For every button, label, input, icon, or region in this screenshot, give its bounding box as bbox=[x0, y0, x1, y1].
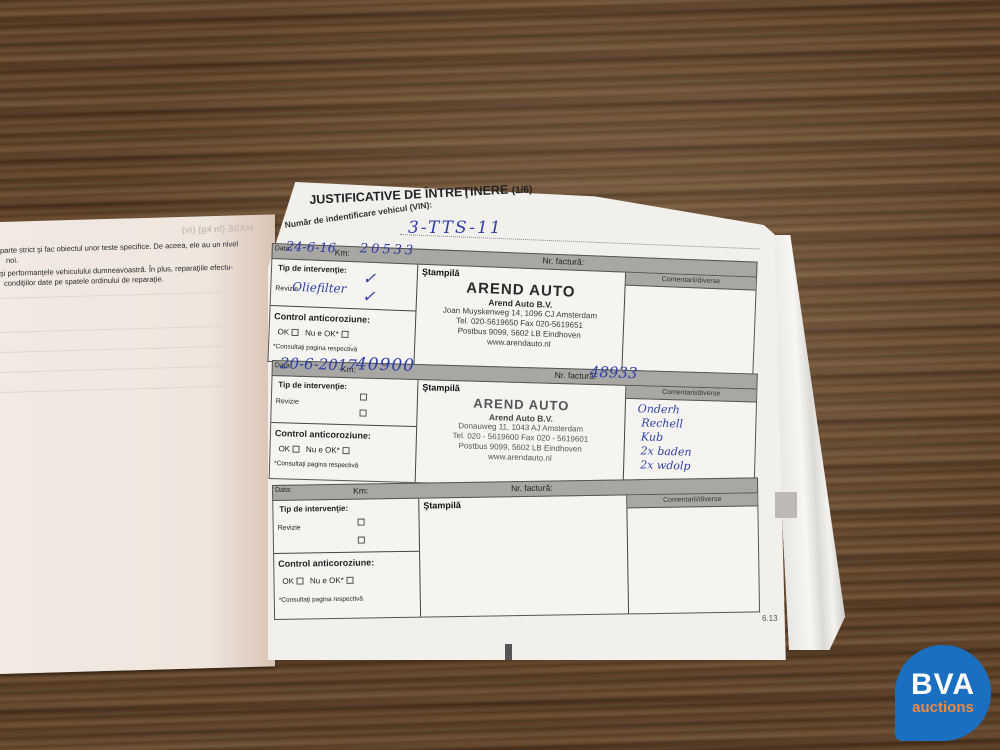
ghost-rule bbox=[0, 365, 245, 373]
handwritten-date: 24-6-16 bbox=[286, 240, 337, 257]
comments-column: Comentarii/diverse Onderh Rechell Kub 2x… bbox=[624, 386, 757, 492]
handwritten-comment: Onderh bbox=[638, 402, 680, 417]
comments-column: Comentarii/diverse bbox=[622, 273, 756, 380]
vin-handwritten: 3-TTS-11 bbox=[408, 218, 503, 238]
handwritten-comment: Rechell bbox=[641, 416, 683, 430]
left-page-line: parte strict şi fac obiectul unor teste … bbox=[0, 239, 238, 255]
section-tab-marker bbox=[775, 492, 797, 518]
dealer-stamp: AREND AUTO Arend Auto B.V. Donauweg 11, … bbox=[416, 394, 625, 466]
checkbox-ok[interactable] bbox=[292, 446, 299, 453]
checkbox-other[interactable] bbox=[359, 410, 366, 417]
checkbox-ok[interactable] bbox=[291, 329, 298, 336]
bva-auctions-logo: BVA auctions bbox=[895, 645, 991, 741]
service-entry: Data: Km: Nr. factură: Tip de intervenţi… bbox=[272, 477, 760, 620]
intervention-column: Tip de intervenţie: Revizie Control anti… bbox=[270, 376, 419, 482]
handwritten-date: 20-6-2017 bbox=[280, 354, 357, 374]
spine-marker bbox=[505, 644, 512, 660]
handwritten-km: 40900 bbox=[356, 354, 416, 376]
checkbox-revizie[interactable] bbox=[360, 394, 367, 401]
ghost-rule bbox=[0, 385, 245, 393]
checkbox-other[interactable] bbox=[358, 537, 365, 544]
left-page: MASE (în kg) (iv) parte strict şi fac ob… bbox=[0, 214, 275, 674]
intervention-column: Tip de intervenţie: Revizie Control anti… bbox=[273, 499, 421, 619]
handwritten-invoice: 48933 bbox=[590, 363, 638, 382]
ghost-rule bbox=[0, 291, 245, 299]
checkbox-nu-ok[interactable] bbox=[341, 331, 348, 338]
handwritten-comment: 2x wdolp bbox=[640, 458, 691, 472]
page-number: 6.13 bbox=[762, 614, 778, 623]
checkbox-nu-ok[interactable] bbox=[342, 447, 349, 454]
check-mark-icon: ✓ bbox=[362, 269, 376, 289]
handwritten-comment: Kub bbox=[641, 430, 663, 444]
ghost-rule bbox=[0, 345, 245, 353]
row-separator bbox=[274, 551, 419, 554]
stamp-column: Ştampilă AREND AUTO Arend Auto B.V. Joan… bbox=[414, 265, 626, 375]
checkbox-nu-ok[interactable] bbox=[346, 577, 353, 584]
checkbox-revizie[interactable] bbox=[358, 519, 365, 526]
checkbox-ok[interactable] bbox=[296, 578, 303, 585]
check-mark-icon: ✓ bbox=[362, 287, 376, 307]
comments-column: Comentarii/diverse bbox=[627, 493, 759, 613]
intervention-column: Tip de intervenţie: Revizie Control anti… bbox=[268, 259, 418, 367]
stamp-column: Ştampilă bbox=[419, 495, 629, 616]
service-entry: Data: Km: Nr. factură: Tip de intervenţi… bbox=[269, 360, 758, 493]
stamp-column: Ştampilă AREND AUTO Arend Auto B.V. Dona… bbox=[416, 380, 627, 488]
row-separator bbox=[271, 305, 416, 312]
row-separator bbox=[271, 422, 416, 427]
dealer-stamp: AREND AUTO Arend Auto B.V. Joan Muyskenw… bbox=[415, 279, 624, 353]
ghost-rule bbox=[0, 325, 245, 333]
handwritten-km: 20533 bbox=[360, 241, 417, 258]
handwritten-comment: 2x baden bbox=[640, 444, 691, 458]
ghost-heading: MASE (în kg) (iv) bbox=[182, 223, 254, 235]
handwritten-revizie-note: Oliefilter bbox=[292, 280, 347, 296]
left-page-line: noi. bbox=[6, 255, 18, 264]
